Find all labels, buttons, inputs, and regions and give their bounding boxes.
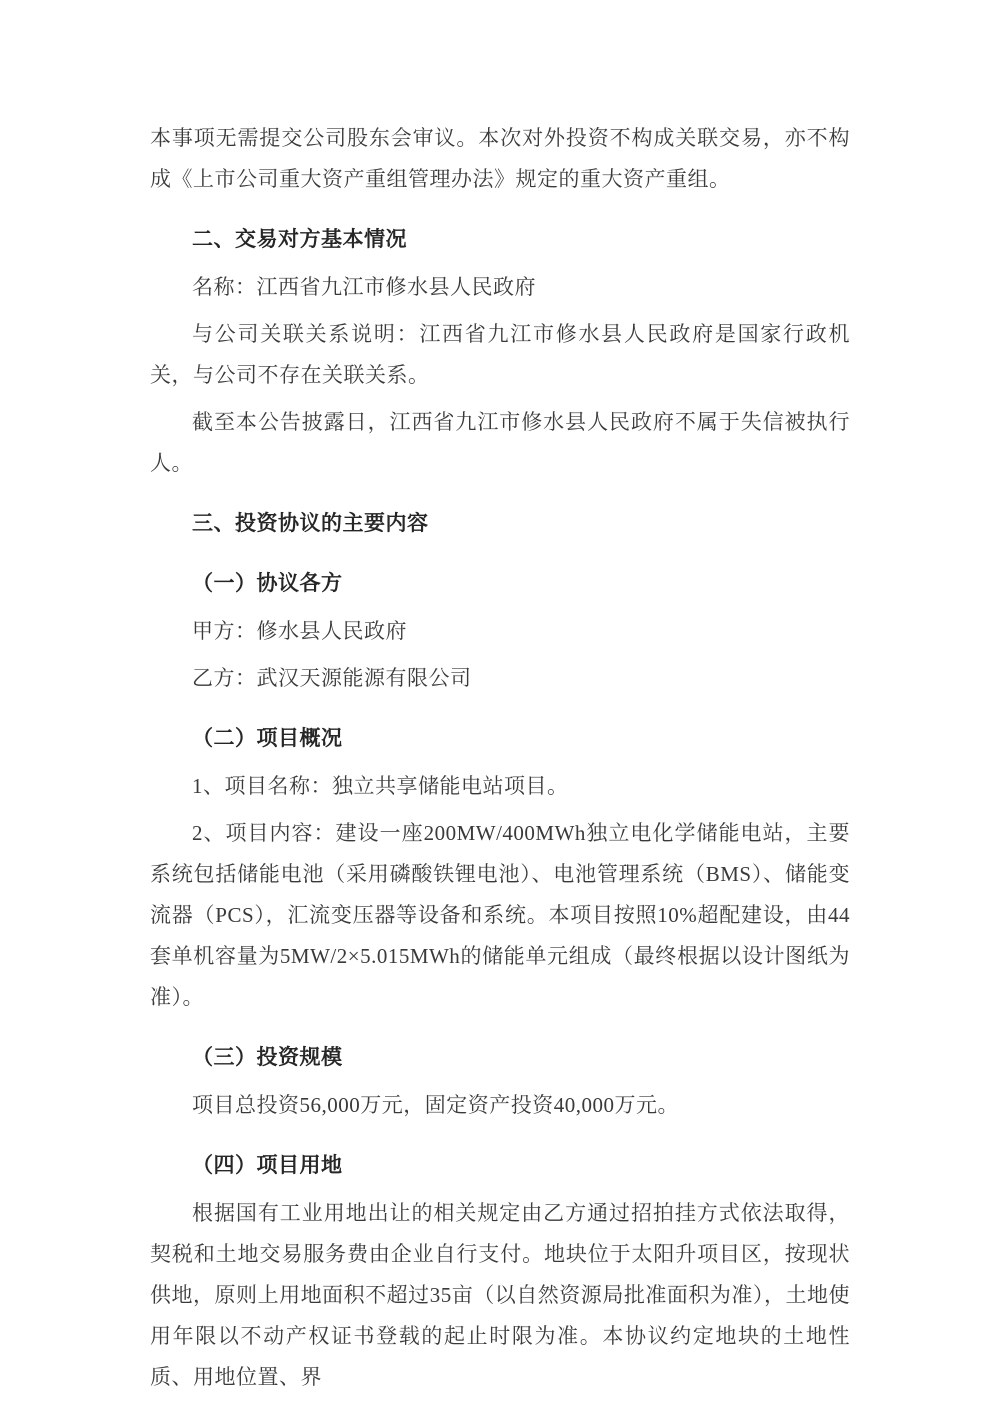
subsection-heading-4-project-land: （四）项目用地 bbox=[150, 1145, 850, 1186]
paragraph-project-content: 2、项目内容：建设一座200MW/400MWh独立电化学储能电站，主要系统包括储… bbox=[150, 813, 850, 1018]
subsection-heading-2-project-overview: （二）项目概况 bbox=[150, 718, 850, 759]
document-page: 本事项无需提交公司股东会审议。本次对外投资不构成关联交易，亦不构成《上市公司重大… bbox=[0, 0, 1000, 1414]
paragraph-continuation: 本事项无需提交公司股东会审议。本次对外投资不构成关联交易，亦不构成《上市公司重大… bbox=[150, 118, 850, 200]
section-heading-2: 二、交易对方基本情况 bbox=[150, 219, 850, 260]
paragraph-relationship-statement: 与公司关联关系说明：江西省九江市修水县人民政府是国家行政机关，与公司不存在关联关… bbox=[150, 314, 850, 396]
paragraph-investment-amount: 项目总投资56,000万元，固定资产投资40,000万元。 bbox=[150, 1085, 850, 1126]
paragraph-counterparty-name: 名称：江西省九江市修水县人民政府 bbox=[150, 267, 850, 308]
section-heading-3: 三、投资协议的主要内容 bbox=[150, 503, 850, 544]
paragraph-party-b: 乙方：武汉天源能源有限公司 bbox=[150, 658, 850, 699]
paragraph-party-a: 甲方：修水县人民政府 bbox=[150, 611, 850, 652]
paragraph-dishonest-executee-statement: 截至本公告披露日，江西省九江市修水县人民政府不属于失信被执行人。 bbox=[150, 402, 850, 484]
paragraph-land-terms: 根据国有工业用地出让的相关规定由乙方通过招拍挂方式依法取得，契税和土地交易服务费… bbox=[150, 1193, 850, 1398]
paragraph-project-name: 1、项目名称：独立共享储能电站项目。 bbox=[150, 766, 850, 807]
subsection-heading-3-investment-scale: （三）投资规模 bbox=[150, 1037, 850, 1078]
subsection-heading-1-agreement-parties: （一）协议各方 bbox=[150, 563, 850, 604]
